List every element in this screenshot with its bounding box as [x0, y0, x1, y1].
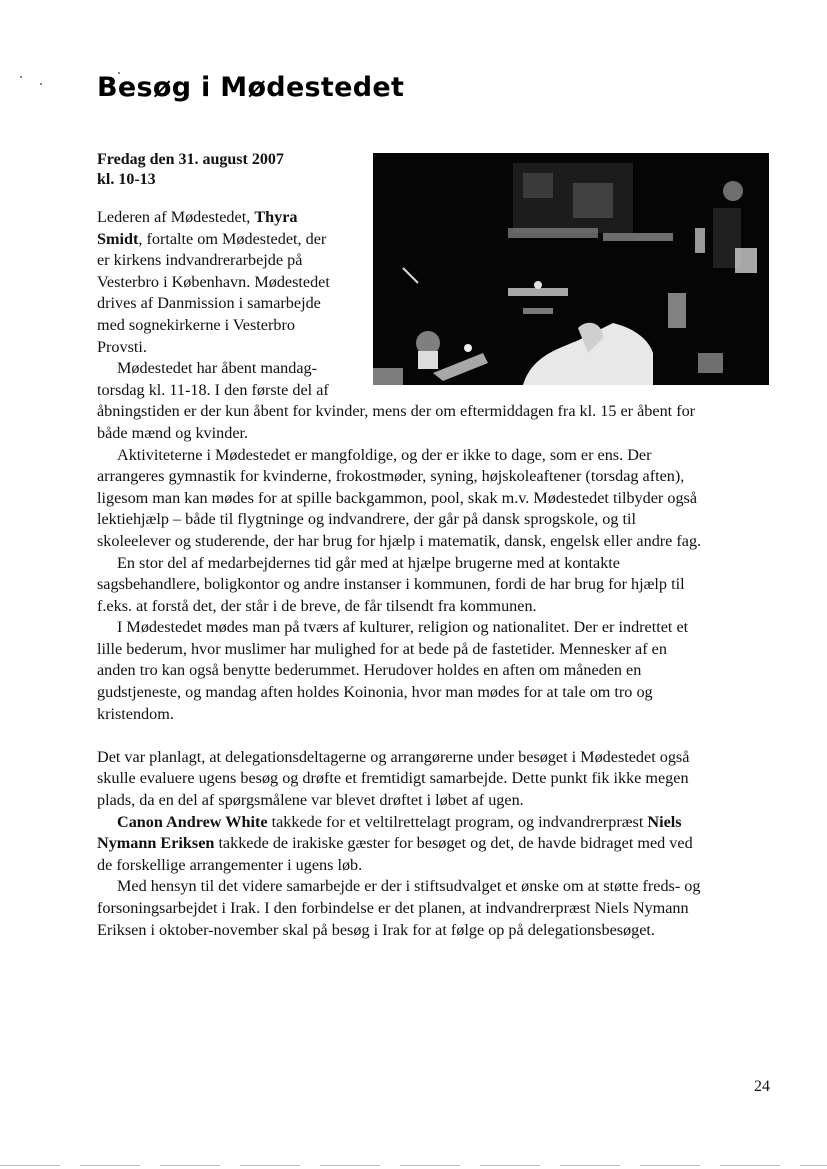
- person-name: Canon Andrew White: [117, 813, 268, 831]
- event-time-line: kl. 10-13: [97, 170, 284, 190]
- scan-speck: [40, 83, 42, 85]
- event-date: Fredag den 31. august 2007 kl. 10-13: [97, 150, 284, 190]
- person-name: Niels: [647, 813, 681, 831]
- event-date-line: Fredag den 31. august 2007: [97, 150, 284, 170]
- paragraph: I Mødestedet mødes man på tværs af kultu…: [97, 617, 765, 725]
- person-name: Smidt: [97, 230, 138, 248]
- person-name: Nymann Eriksen: [97, 834, 214, 852]
- paragraph: En stor del af medarbejdernes tid går me…: [97, 553, 765, 618]
- scan-speck: [118, 72, 120, 74]
- article-body: Lederen af Mødestedet, Thyra Smidt, fort…: [97, 207, 765, 941]
- paragraph: Med hensyn til det videre samarbejde er …: [97, 876, 765, 941]
- paragraph: Aktiviteterne i Mødestedet er mangfoldig…: [97, 445, 765, 553]
- page-number: 24: [754, 1078, 770, 1096]
- paragraph-gap: [97, 725, 765, 747]
- paragraph: Lederen af Mødestedet, Thyra Smidt, fort…: [97, 207, 765, 358]
- scan-speck: [20, 76, 22, 78]
- paragraph: Det var planlagt, at delegationsdeltager…: [97, 747, 765, 812]
- page-bottom-edge: [0, 1165, 827, 1166]
- page-title: Besøg i Mødestedet: [97, 70, 404, 106]
- paragraph: Mødestedet har åbent mandag- torsdag kl.…: [97, 358, 765, 444]
- person-name: Thyra: [254, 208, 297, 226]
- paragraph: Canon Andrew White takkede for et veltil…: [97, 812, 765, 877]
